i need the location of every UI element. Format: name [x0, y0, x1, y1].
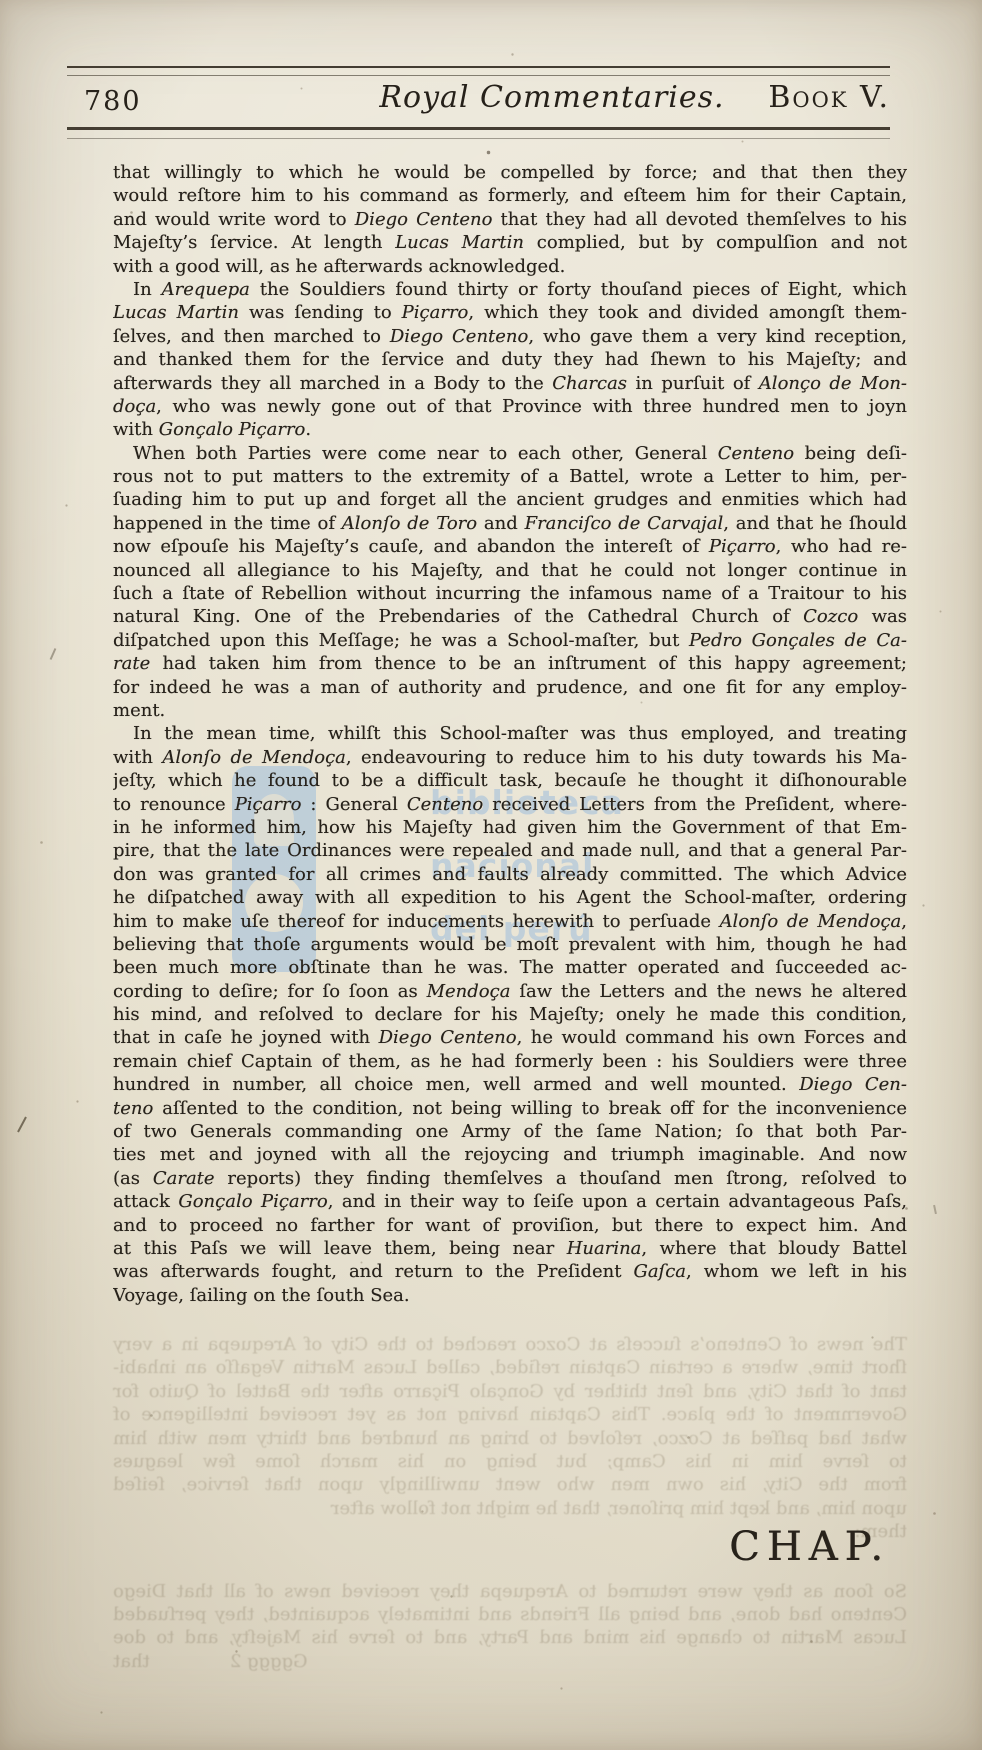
- ghost-line: tant of that City, and ſent thither by G…: [113, 1380, 907, 1403]
- ghost-line: Centeno had done, and being all Friends …: [113, 1603, 907, 1626]
- text-line: afterwards they all marched in a Body to…: [113, 372, 907, 395]
- text-line: now eſpouſe his Majeſty’s cauſe, and aba…: [113, 535, 907, 558]
- text-line: been much more obſtinate than he was. Th…: [113, 956, 907, 979]
- text-line: he diſpatched away with all expedition t…: [113, 886, 907, 909]
- text-line: and would write word to Diego Centeno th…: [113, 208, 907, 231]
- ghost-line: Lucas Martin to change his mind and Part…: [113, 1626, 907, 1649]
- text-line: attack Gonçalo Piçarro, and in their way…: [113, 1190, 907, 1213]
- text-line: happened in the time of Alonſo de Toro a…: [113, 512, 907, 535]
- text-line: jeſty, which he found to be a difficult …: [113, 769, 907, 792]
- ghost-line: Ggggg 2 that: [113, 1650, 907, 1673]
- text-line: natural King. One of the Prebendaries of…: [113, 605, 907, 628]
- text-line: doça, who was newly gone out of that Pro…: [113, 395, 907, 418]
- text-line: Voyage, ſailing on the ſouth Sea.: [113, 1284, 907, 1307]
- text-line: When both Parties were come near to each…: [113, 442, 907, 465]
- body-text: that willingly to which he would be comp…: [113, 161, 907, 1307]
- text-line: ties met and joyned with all the rejoyci…: [113, 1143, 907, 1166]
- text-line: Lucas Martin was ſending to Piçarro, whi…: [113, 301, 907, 324]
- text-line: ſelves, and then marched to Diego Centen…: [113, 325, 907, 348]
- text-line: rate had taken him from thence to be an …: [113, 652, 907, 675]
- text-line: would reſtore him to his command as form…: [113, 184, 907, 207]
- text-line: In the mean time, whilſt this School-maſ…: [113, 722, 907, 745]
- ghost-line: Government of the place. This Captain ha…: [113, 1403, 907, 1426]
- text-line: (as Carate reports) they finding themſel…: [113, 1167, 907, 1190]
- text-line: pire, that the late Ordinances were repe…: [113, 839, 907, 862]
- ghost-line: The news of Centeno’s ſucceſs at Cozco r…: [113, 1333, 907, 1356]
- text-line: to renounce Piçarro : General Centeno re…: [113, 793, 907, 816]
- ghost-line: from the City, his own men who went unwi…: [113, 1473, 907, 1496]
- text-line: that in caſe he joyned with Diego Centen…: [113, 1026, 907, 1049]
- text-line: remain chief Captain of them, as he had …: [113, 1050, 907, 1073]
- header-rule-bottom: [67, 127, 890, 139]
- text-line: hundred in number, all choice men, well …: [113, 1073, 907, 1096]
- book-label: Book V.: [768, 80, 890, 115]
- text-line: cording to deſire; for ſo ſoon as Mendoç…: [113, 980, 907, 1003]
- text-line: of two Generals commanding one Army of t…: [113, 1120, 907, 1143]
- text-line: diſpatched upon this Meſſage; he was a S…: [113, 629, 907, 652]
- text-line: In Arequepa the Souldiers found thirty o…: [113, 278, 907, 301]
- bleedthrough-text: The news of Centeno’s ſucceſs at Cozco r…: [113, 1333, 907, 1673]
- text-line: rous not to put matters to the extremity…: [113, 465, 907, 488]
- text-line: teno aſſented to the condition, not bein…: [113, 1097, 907, 1120]
- text-line: ment.: [113, 699, 907, 722]
- text-line: ſuading him to put up and forget all the…: [113, 488, 907, 511]
- text-line: him to make uſe thereof for inducements …: [113, 910, 907, 933]
- ghost-line: upon him, and kept him priſoner, that he…: [113, 1497, 907, 1520]
- text-line: was afterwards fought, and return to the…: [113, 1260, 907, 1283]
- ghost-line: So ſoon as they were returned to Arequep…: [113, 1580, 907, 1603]
- text-line: at this Paſs we will leave them, being n…: [113, 1237, 907, 1260]
- text-line: with Alonſo de Mendoça, endeavouring to …: [113, 746, 907, 769]
- text-line: with a good will, as he afterwards ackno…: [113, 255, 907, 278]
- text-line: that willingly to which he would be comp…: [113, 161, 907, 184]
- text-line: believing that thoſe arguments would be …: [113, 933, 907, 956]
- page-number: 780: [84, 86, 142, 117]
- catchword: CHAP.: [729, 1524, 890, 1570]
- text-line: his mind, and reſolved to declare for hi…: [113, 1003, 907, 1026]
- text-line: and thanked them for the ſervice and dut…: [113, 348, 907, 371]
- ghost-line: what had paſſed at Cozco, reſolved to br…: [113, 1427, 907, 1450]
- text-line: don was granted for all crimes and fault…: [113, 863, 907, 886]
- book-page: biblioteca nacional del perú The news of…: [0, 0, 982, 1750]
- text-line: nounced all allegiance to his Majeſty, a…: [113, 559, 907, 582]
- text-line: with Gonçalo Piçarro.: [113, 418, 907, 441]
- ghost-line: to ſerve him in his Camp; but being on h…: [113, 1450, 907, 1473]
- running-title: Royal Commentaries.: [379, 80, 724, 115]
- header-rule-top: [67, 66, 890, 76]
- text-line: and to proceed no farther for want of pr…: [113, 1214, 907, 1237]
- ghost-line: ſhort time, where a certain Captain reſi…: [113, 1356, 907, 1379]
- text-line: Majeſty’s ſervice. At length Lucas Marti…: [113, 231, 907, 254]
- text-line: ſuch a ſtate of Rebellion without incurr…: [113, 582, 907, 605]
- text-line: in he informed him, how his Majeſty had …: [113, 816, 907, 839]
- text-line: for indeed he was a man of authority and…: [113, 676, 907, 699]
